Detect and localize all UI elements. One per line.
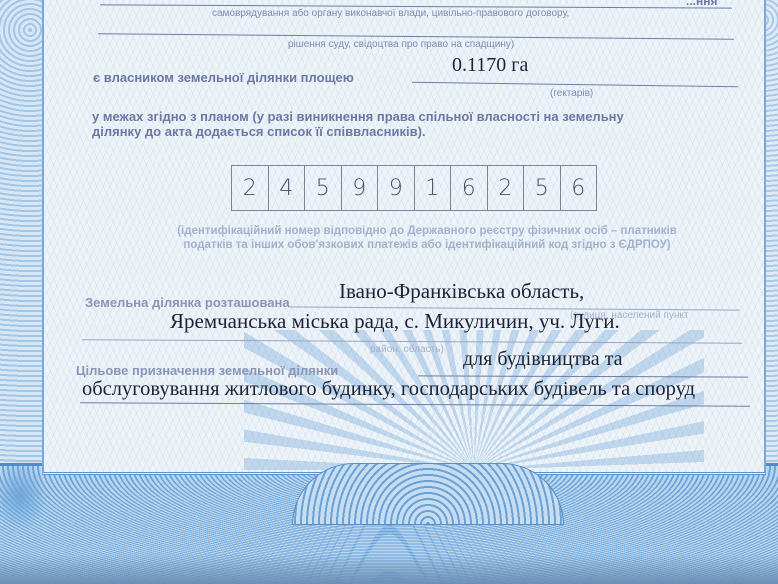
tax-id-digit: 2 (487, 166, 524, 210)
id-note-2: податків та інших обов'язкових платежів … (127, 238, 727, 253)
tax-id-digit: 5 (523, 166, 560, 210)
tax-id-digit: 6 (560, 166, 597, 210)
location-line-2: Яремчанська міська рада, с. Микуличин, у… (170, 309, 620, 334)
tax-id-boxes: 2459916256 (231, 165, 597, 211)
tax-id-digit: 9 (341, 166, 378, 210)
tax-id-digit: 2 (232, 166, 268, 210)
area-caption: (гектарів) (550, 88, 593, 99)
decorative-rosette (292, 463, 564, 525)
tax-id-digit: 9 (377, 166, 414, 210)
purpose-line-1: для будівництва та (463, 348, 622, 371)
tax-id-digit: 1 (414, 166, 451, 210)
location-caption-2: район, область) (370, 344, 444, 355)
boundaries-text-1: у межах згідно з планом (у разі виникнен… (92, 109, 624, 124)
area-value: 0.1170 га (452, 54, 528, 77)
tax-id-digit: 5 (304, 166, 341, 210)
tax-id-digit: 4 (268, 166, 305, 210)
tax-id-digit: 6 (450, 166, 487, 210)
purpose-label: Цільове призначення земельної ділянки (76, 363, 338, 378)
purpose-line-2: обслуговування житлового будинку, господ… (82, 378, 695, 401)
owner-area-label: є власником земельної ділянки площею (93, 70, 354, 85)
id-note-1: (ідентифікаційний номер відповідно до Де… (127, 224, 727, 239)
location-line-1: Івано-Франківська область, (339, 279, 584, 304)
boundaries-text-2: ділянку до акта додається список її спів… (92, 124, 426, 139)
location-label: Земельна ділянка розташована (85, 295, 290, 310)
caption-authority: самоврядування або органу виконавчої вла… (212, 8, 569, 19)
caption-court: рішення суду, свідоцтва про право на спа… (288, 39, 514, 50)
